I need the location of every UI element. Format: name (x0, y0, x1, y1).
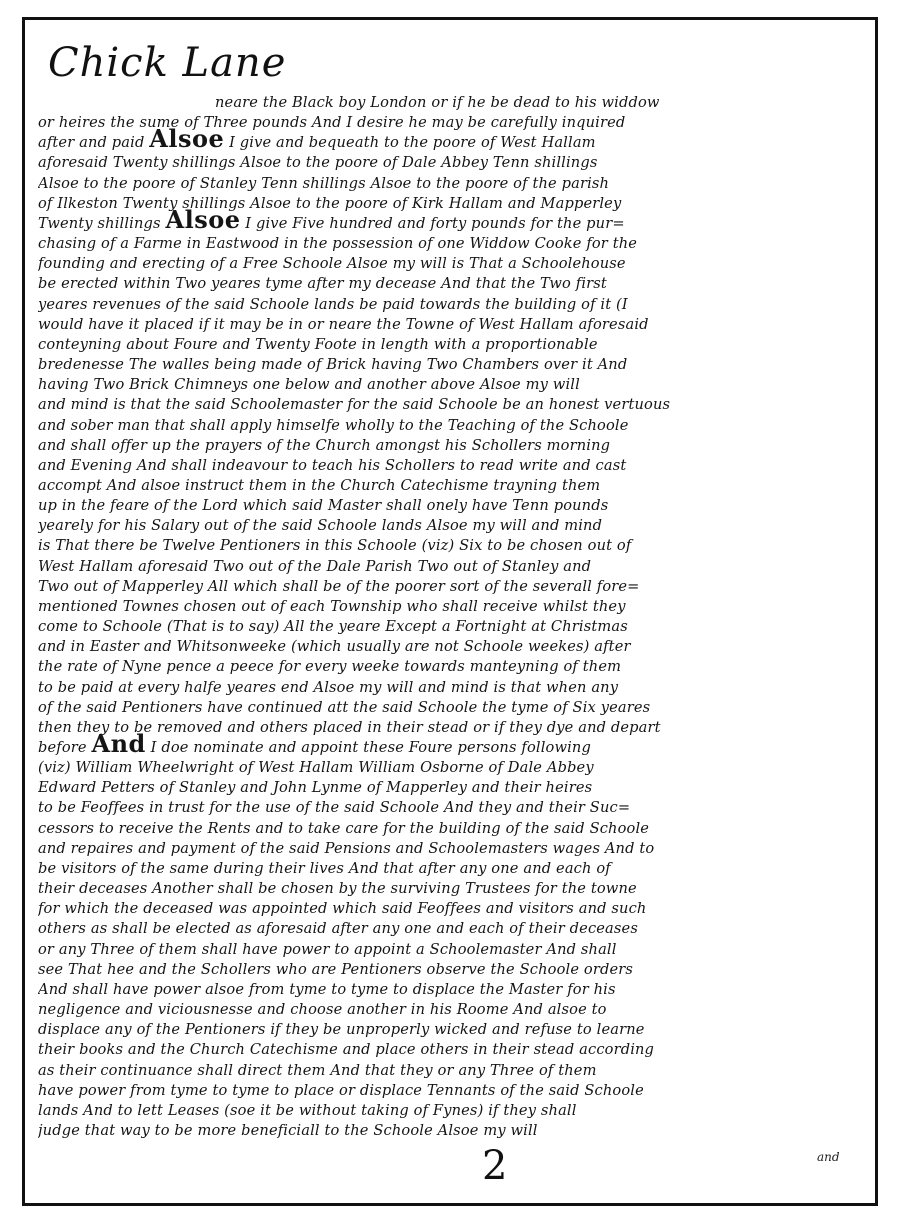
manuscript-line: judge that way to be more beneficiall to… (38, 1114, 884, 1140)
line-text: judge that way to be more beneficiall to… (38, 1122, 538, 1139)
catchword: and (817, 1150, 840, 1164)
page-number: 2 (482, 1143, 507, 1189)
manuscript-text-block: neare the Black boy London or if he be d… (0, 0, 900, 1229)
